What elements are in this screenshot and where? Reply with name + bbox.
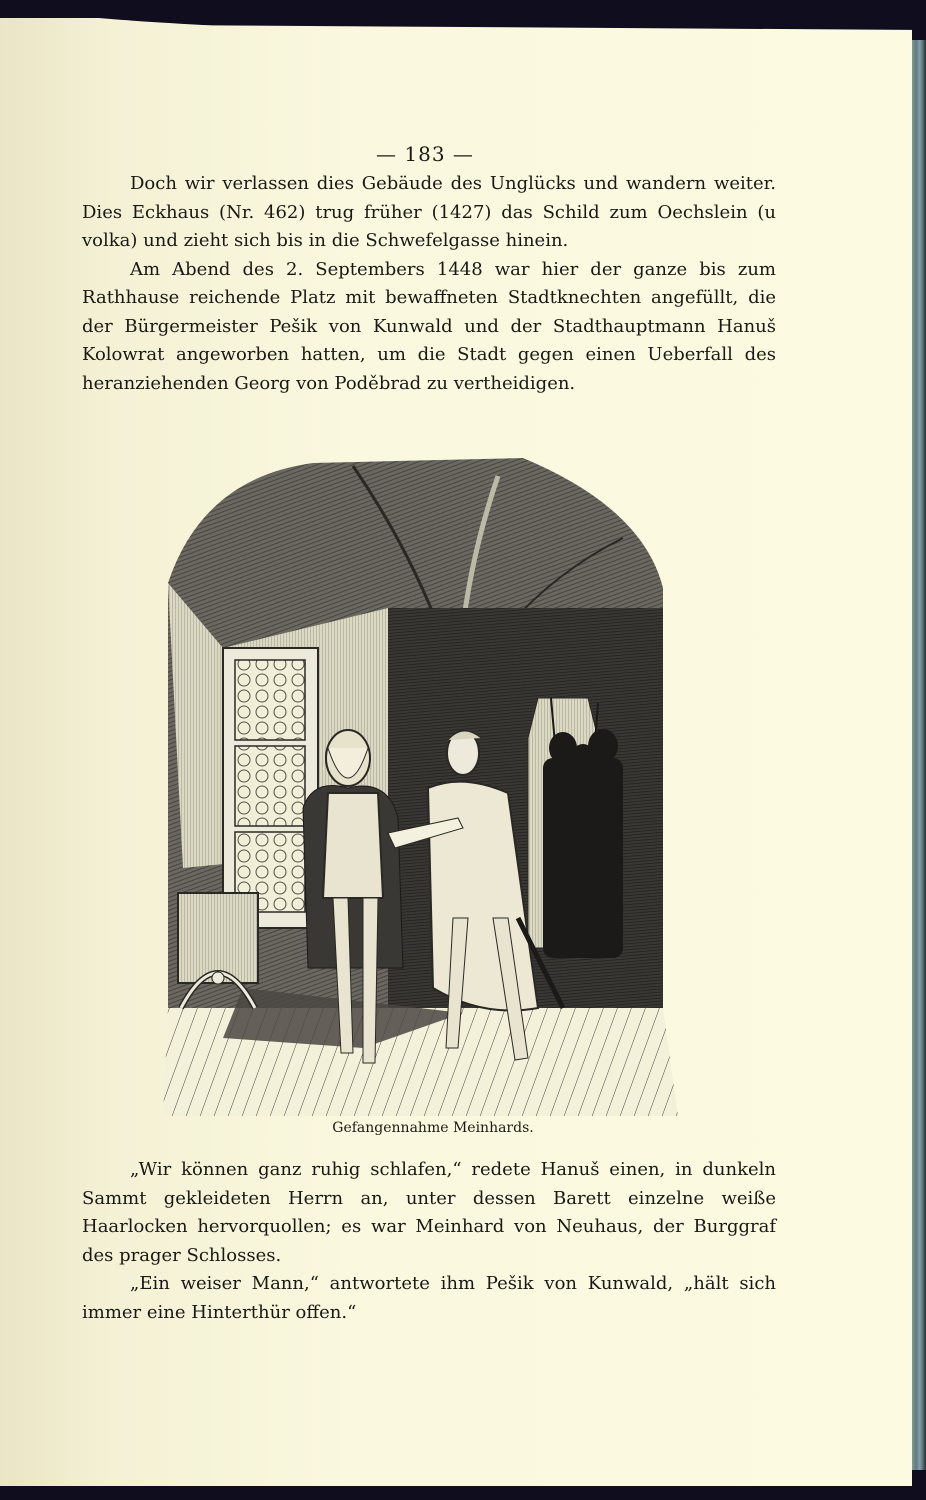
body-text-top: Doch wir verlassen dies Gebäude des Ungl… [82,170,776,398]
paragraph: Doch wir verlassen dies Gebäude des Ungl… [82,170,776,256]
paragraph: „Wir können ganz ruhig schlafen,“ redete… [82,1156,776,1270]
page-bottom-shadow [0,1486,926,1500]
illustration-image [163,448,691,1116]
page-number: — 183 — [0,142,850,166]
page-stack-edge [912,40,926,1470]
figure-caption: Gefangennahme Meinhards. [0,1120,866,1136]
engraving-illustration [163,448,691,1116]
paragraph: Am Abend des 2. Septembers 1448 war hier… [82,256,776,399]
body-text-bottom: „Wir können ganz ruhig schlafen,“ redete… [82,1156,776,1327]
paragraph: „Ein weiser Mann,“ antwortete ihm Pešik … [82,1270,776,1327]
